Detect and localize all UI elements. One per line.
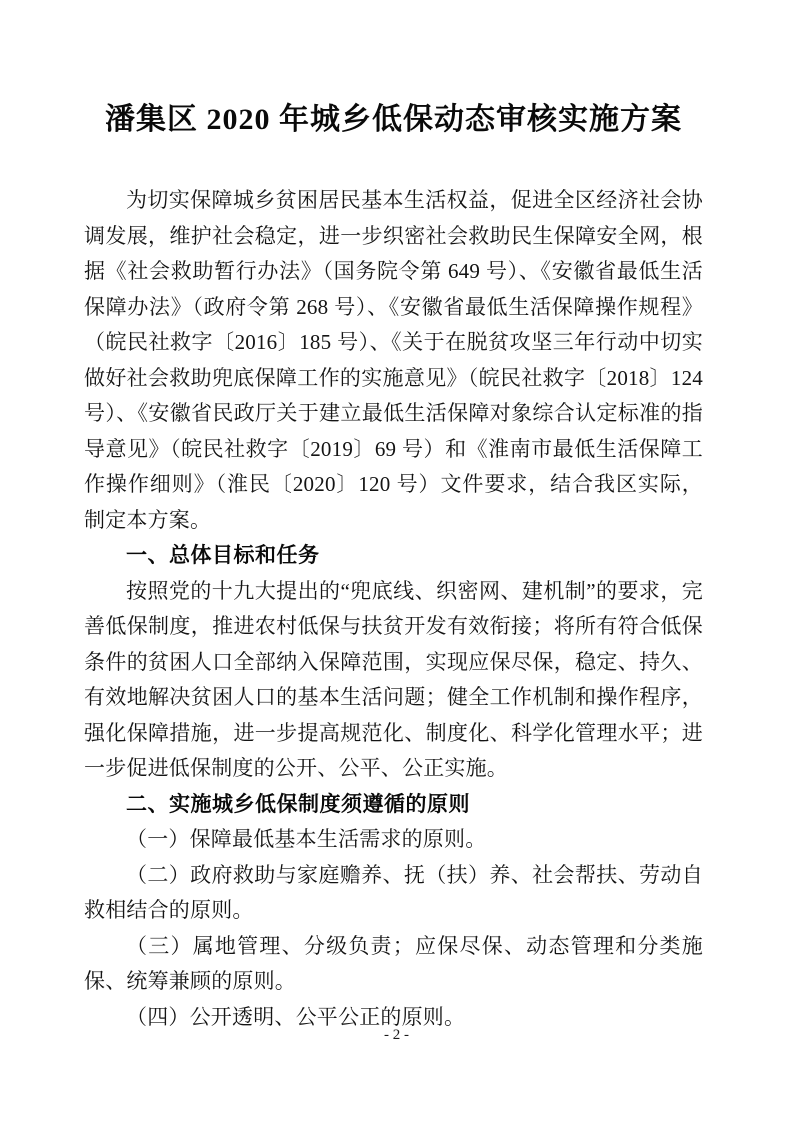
- body-paragraph: （三）属地管理、分级负责；应保尽保、动态管理和分类施保、统筹兼顾的原则。: [84, 929, 703, 1000]
- body-paragraph: 为切实保障城乡贫困居民基本生活权益，促进全区经济社会协调发展，维护社会稳定，进一…: [84, 183, 703, 538]
- body-paragraph: 按照党的十九大提出的“兜底线、织密网、建机制”的要求，完善低保制度，推进农村低保…: [84, 574, 703, 787]
- page-number: - 2 -: [0, 1027, 793, 1044]
- body-paragraph: （一）保障最低基本生活需求的原则。: [84, 822, 703, 858]
- body-paragraph: （二）政府救助与家庭赡养、抚（扶）养、社会帮扶、劳动自救相结合的原则。: [84, 858, 703, 929]
- document-page: 潘集区 2020 年城乡低保动态审核实施方案 为切实保障城乡贫困居民基本生活权益…: [0, 0, 793, 1122]
- section-heading: 一、总体目标和任务: [84, 538, 703, 574]
- document-title: 潘集区 2020 年城乡低保动态审核实施方案: [84, 100, 703, 140]
- section-heading: 二、实施城乡低保制度须遵循的原则: [84, 787, 703, 823]
- document-body: 为切实保障城乡贫困居民基本生活权益，促进全区经济社会协调发展，维护社会稳定，进一…: [84, 183, 703, 1035]
